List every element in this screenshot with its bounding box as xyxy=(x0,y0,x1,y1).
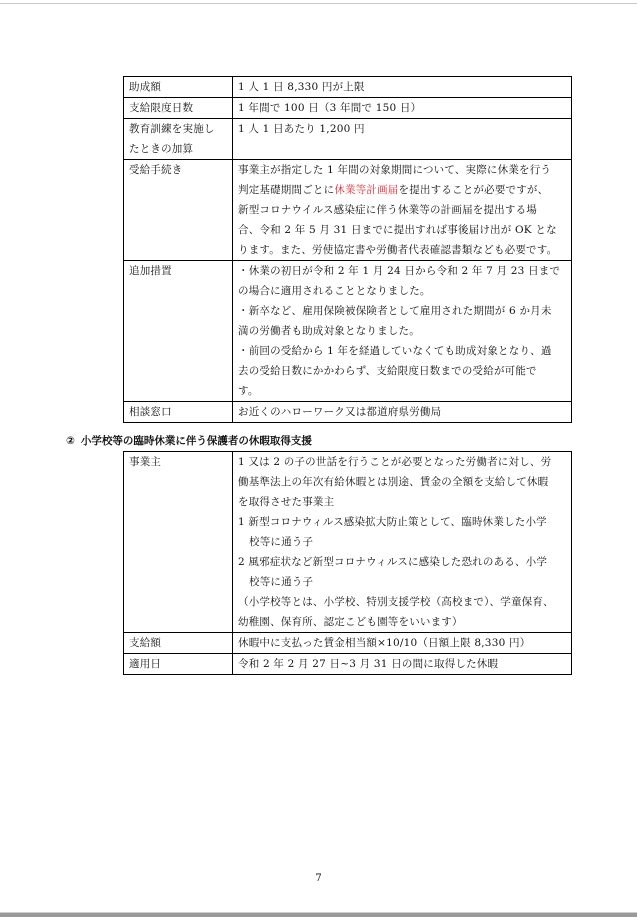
section-heading: ②小学校等の臨時休業に伴う保護者の休暇取得支援 xyxy=(66,433,312,449)
table-row-subsidy-amount: 助成額 1 人 1 日 8,330 円が上限 xyxy=(124,77,572,98)
table-row-training-addition: 教育訓練を実施し たときの加算 1 人 1 日あたり 1,200 円 xyxy=(124,119,572,160)
row-label: 相談窓口 xyxy=(124,402,233,423)
table-row-applicable-dates: 適用日 令和 2 年 2 月 27 日~3 月 31 日の間に取得した休暇 xyxy=(124,654,572,675)
row-value: 1 人 1 日あたり 1,200 円 xyxy=(233,119,572,160)
page-top-rule xyxy=(0,3,637,4)
page-bottom-edge xyxy=(0,912,637,917)
row-label: 事業主 xyxy=(124,452,233,633)
row-label: 支給額 xyxy=(124,633,233,654)
subsidy-table: 助成額 1 人 1 日 8,330 円が上限 支給限度日数 1 年間で 100 … xyxy=(123,76,572,423)
row-label: 助成額 xyxy=(124,77,233,98)
row-label: 追加措置 xyxy=(124,261,233,402)
row-value: 1 年間で 100 日（3 年間で 150 日） xyxy=(233,98,572,119)
highlighted-form-name: 休業等計画届 xyxy=(334,184,398,196)
row-label: 適用日 xyxy=(124,654,233,675)
table-row-additional-measures: 追加措置 ・休業の初日が令和 2 年 1 月 24 日から令和 2 年 7 月 … xyxy=(124,261,572,402)
row-value: 令和 2 年 2 月 27 日~3 月 31 日の間に取得した休暇 xyxy=(233,654,572,675)
row-value: 事業主が指定した 1 年間の対象期間について、実際に休業を行う 判定基礎期間ごと… xyxy=(233,160,572,261)
leave-support-table: 事業主 1 又は 2 の子の世話を行うことが必要となった労働者に対し、労 働基準… xyxy=(123,451,572,675)
table-row-payment-limit-days: 支給限度日数 1 年間で 100 日（3 年間で 150 日） xyxy=(124,98,572,119)
section-number: ② xyxy=(66,435,75,447)
table-row-consultation-desk: 相談窓口 お近くのハローワーク又は都道府県労働局 xyxy=(124,402,572,423)
row-value: 休暇中に支払った賃金相当額×10/10（日額上限 8,330 円） xyxy=(233,633,572,654)
table-row-employer: 事業主 1 又は 2 の子の世話を行うことが必要となった労働者に対し、労 働基準… xyxy=(124,452,572,633)
row-value: ・休業の初日が令和 2 年 1 月 24 日から令和 2 年 7 月 23 日ま… xyxy=(233,261,572,402)
table-row-payment-amount: 支給額 休暇中に支払った賃金相当額×10/10（日額上限 8,330 円） xyxy=(124,633,572,654)
page-number: 7 xyxy=(0,872,637,886)
row-value: 1 又は 2 の子の世話を行うことが必要となった労働者に対し、労 働基準法上の年… xyxy=(233,452,572,633)
section-title: 小学校等の臨時休業に伴う保護者の休暇取得支援 xyxy=(81,435,312,447)
row-value: 1 人 1 日 8,330 円が上限 xyxy=(233,77,572,98)
row-label: 受給手続き xyxy=(124,160,233,261)
row-value: お近くのハローワーク又は都道府県労働局 xyxy=(233,402,572,423)
table-row-application-procedure: 受給手続き 事業主が指定した 1 年間の対象期間について、実際に休業を行う 判定… xyxy=(124,160,572,261)
row-label: 支給限度日数 xyxy=(124,98,233,119)
row-label: 教育訓練を実施し たときの加算 xyxy=(124,119,233,160)
